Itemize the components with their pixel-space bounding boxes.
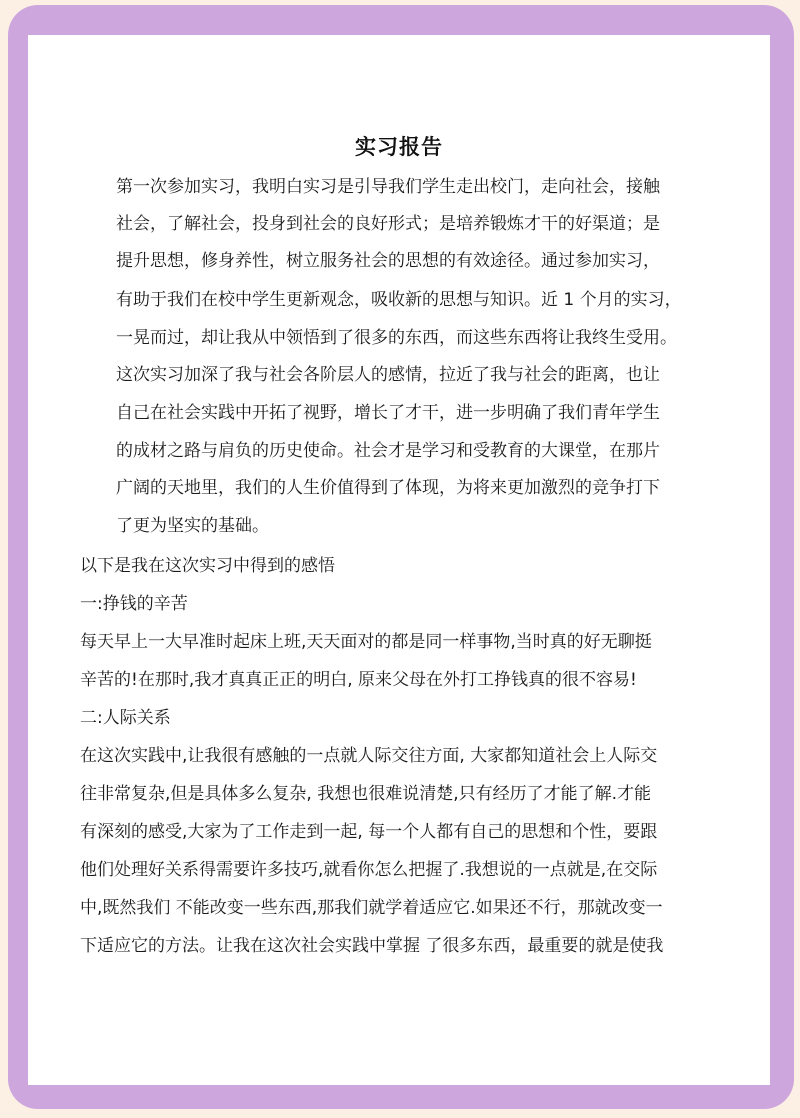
intro-line: 社会，了解社会，投身到社会的良好形式；是培养锻炼才干的好渠道；是 xyxy=(116,213,716,235)
intro-line: 提升思想，修身养性，树立服务社会的思想的有效途径。通过参加实习， xyxy=(116,250,716,272)
section-line: 每天早上一大早准时起床上班,天天面对的都是同一样事物,当时真的好无聊挺 xyxy=(80,631,720,653)
section-line: 往非常复杂,但是具体多么复杂, 我想也很难说清楚,只有经历了才能了解.才能 xyxy=(80,783,720,805)
section-heading: 一:挣钱的辛苦 xyxy=(80,593,720,615)
intro-line: 自己在社会实践中开拓了视野，增长了才干，进一步明确了我们青年学生 xyxy=(116,402,716,424)
lead-in-text: 以下是我在这次实习中得到的感悟 xyxy=(80,555,720,577)
section-line: 有深刻的感受,大家为了工作走到一起, 每一个人都有自己的思想和个性，要跟 xyxy=(80,821,720,843)
section-line: 辛苦的!在那时,我才真真正正的明白, 原来父母在外打工挣钱真的很不容易! xyxy=(80,669,720,691)
intro-line: 这次实习加深了我与社会各阶层人的感情，拉近了我与社会的距离，也让 xyxy=(116,364,716,386)
intro-line: 第一次参加实习，我明白实习是引导我们学生走出校门，走向社会，接触 xyxy=(116,176,716,198)
intro-line: 广阔的天地里，我们的人生价值得到了体现，为将来更加激烈的竞争打下 xyxy=(116,477,716,499)
section-line: 中,既然我们 不能改变一些东西,那我们就学着适应它.如果还不行，那就改变一 xyxy=(80,897,720,919)
intro-line: 一晃而过，却让我从中领悟到了很多的东西，而这些东西将让我终生受用。 xyxy=(116,327,716,349)
intro-line: 有助于我们在校中学生更新观念，吸收新的思想与知识。近 1 个月的实习， xyxy=(116,289,716,311)
document-title: 实习报告 xyxy=(28,131,770,161)
intro-line: 的成材之路与肩负的历史使命。社会才是学习和受教育的大课堂，在那片 xyxy=(116,440,716,462)
section-line: 下适应它的方法。让我在这次社会实践中掌握 了很多东西，最重要的就是使我 xyxy=(80,935,720,957)
intro-line: 了更为坚实的基础。 xyxy=(116,515,716,537)
section-heading: 二:人际关系 xyxy=(80,707,720,729)
section-line: 他们处理好关系得需要许多技巧,就看你怎么把握了.我想说的一点就是,在交际 xyxy=(80,859,720,881)
section-line: 在这次实践中,让我很有感触的一点就人际交往方面, 大家都知道社会上人际交 xyxy=(80,745,720,767)
